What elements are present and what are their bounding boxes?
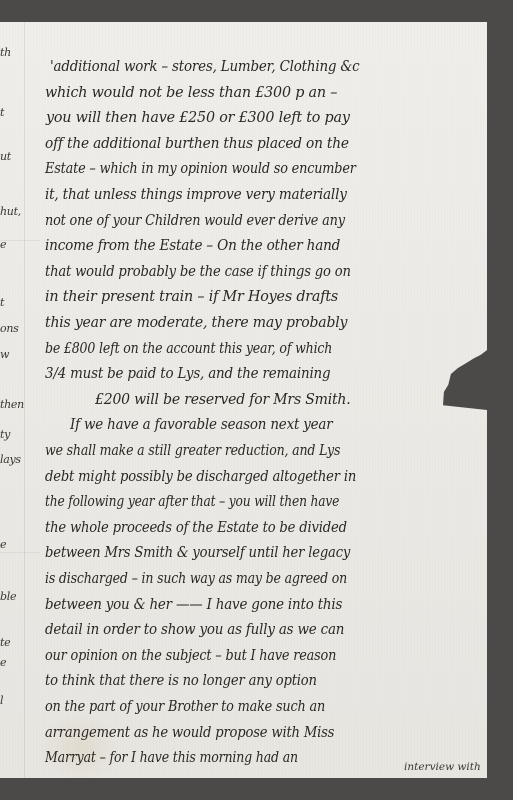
- letter-line: you will then have £250 or £300 left to …: [46, 109, 350, 126]
- letter-line: is discharged – in such way as may be ag…: [45, 570, 347, 587]
- letter-line: between Mrs Smith & yourself until her l…: [45, 544, 350, 561]
- letter-line: the following year after that – you will…: [45, 493, 339, 510]
- margin-fragment: ty: [0, 428, 10, 441]
- margin-fragment: te: [0, 636, 10, 649]
- margin-fragment: then: [0, 398, 24, 411]
- letter-line: that would probably be the case if thing…: [45, 263, 351, 280]
- letter-line: this year are moderate, there may probab…: [45, 314, 347, 331]
- letter-line: which would not be less than £300 p an –: [45, 84, 337, 101]
- letter-line: 3/4 must be paid to Lys, and the remaini…: [45, 365, 330, 382]
- letter-line: to think that there is no longer any opt…: [45, 672, 317, 689]
- catchword: interview with: [404, 761, 481, 773]
- letter-line: debt might possibly be discharged altoge…: [45, 468, 356, 485]
- letter-line: in their present train – if Mr Hoyes dra…: [45, 288, 338, 305]
- margin-fragment: e: [0, 238, 6, 251]
- margin-fragment: ons: [0, 322, 18, 335]
- letter-line: be £800 left on the account this year, o…: [45, 340, 332, 357]
- letter-line: £200 will be reserved for Mrs Smith.: [95, 391, 351, 408]
- margin-fragment: w: [0, 348, 9, 361]
- foxing-stain: [40, 712, 120, 778]
- margin-fragment: t: [0, 296, 4, 309]
- letter-line: our opinion on the subject – but I have …: [45, 647, 336, 664]
- margin-fragment: e: [0, 538, 6, 551]
- letter-line: detail in order to show you as fully as …: [45, 621, 344, 638]
- margin-fragment: ble: [0, 590, 16, 603]
- margin-fragment: l: [0, 694, 3, 707]
- fold-crease: [0, 552, 40, 553]
- letter-page: th t ut hut, e t ons w then ty lays e bl…: [0, 22, 487, 778]
- letter-line: If we have a favorable season next year: [70, 416, 332, 433]
- letter-line: between you & her —— I have gone into th…: [45, 596, 342, 613]
- letter-line: Marryat – for I have this morning had an: [45, 749, 298, 766]
- margin-fragment: lays: [0, 453, 21, 466]
- letter-line: arrangement as he would propose with Mis…: [45, 724, 334, 741]
- margin-fragment: th: [0, 46, 11, 59]
- margin-fragment: hut,: [0, 205, 21, 218]
- document-viewer: th t ut hut, e t ons w then ty lays e bl…: [0, 0, 513, 800]
- letter-line: Estate – which in my opinion would so en…: [45, 160, 356, 177]
- margin-fragment: ut: [0, 150, 11, 163]
- letter-line: income from the Estate – On the other ha…: [45, 237, 340, 254]
- margin-fragment: e: [0, 656, 6, 669]
- letter-line: the whole proceeds of the Estate to be d…: [45, 519, 347, 536]
- margin-fragment: t: [0, 106, 4, 119]
- letter-line: not one of your Children would ever deri…: [45, 212, 345, 229]
- letter-line: off the additional burthen thus placed o…: [45, 135, 349, 152]
- fold-line: [24, 22, 25, 778]
- letter-line: we shall make a still greater reduction,…: [45, 442, 340, 459]
- letter-line: 'additional work – stores, Lumber, Cloth…: [50, 58, 360, 75]
- letter-line: it, that unless things improve very mate…: [45, 186, 347, 203]
- letter-line: on the part of your Brother to make such…: [45, 698, 325, 715]
